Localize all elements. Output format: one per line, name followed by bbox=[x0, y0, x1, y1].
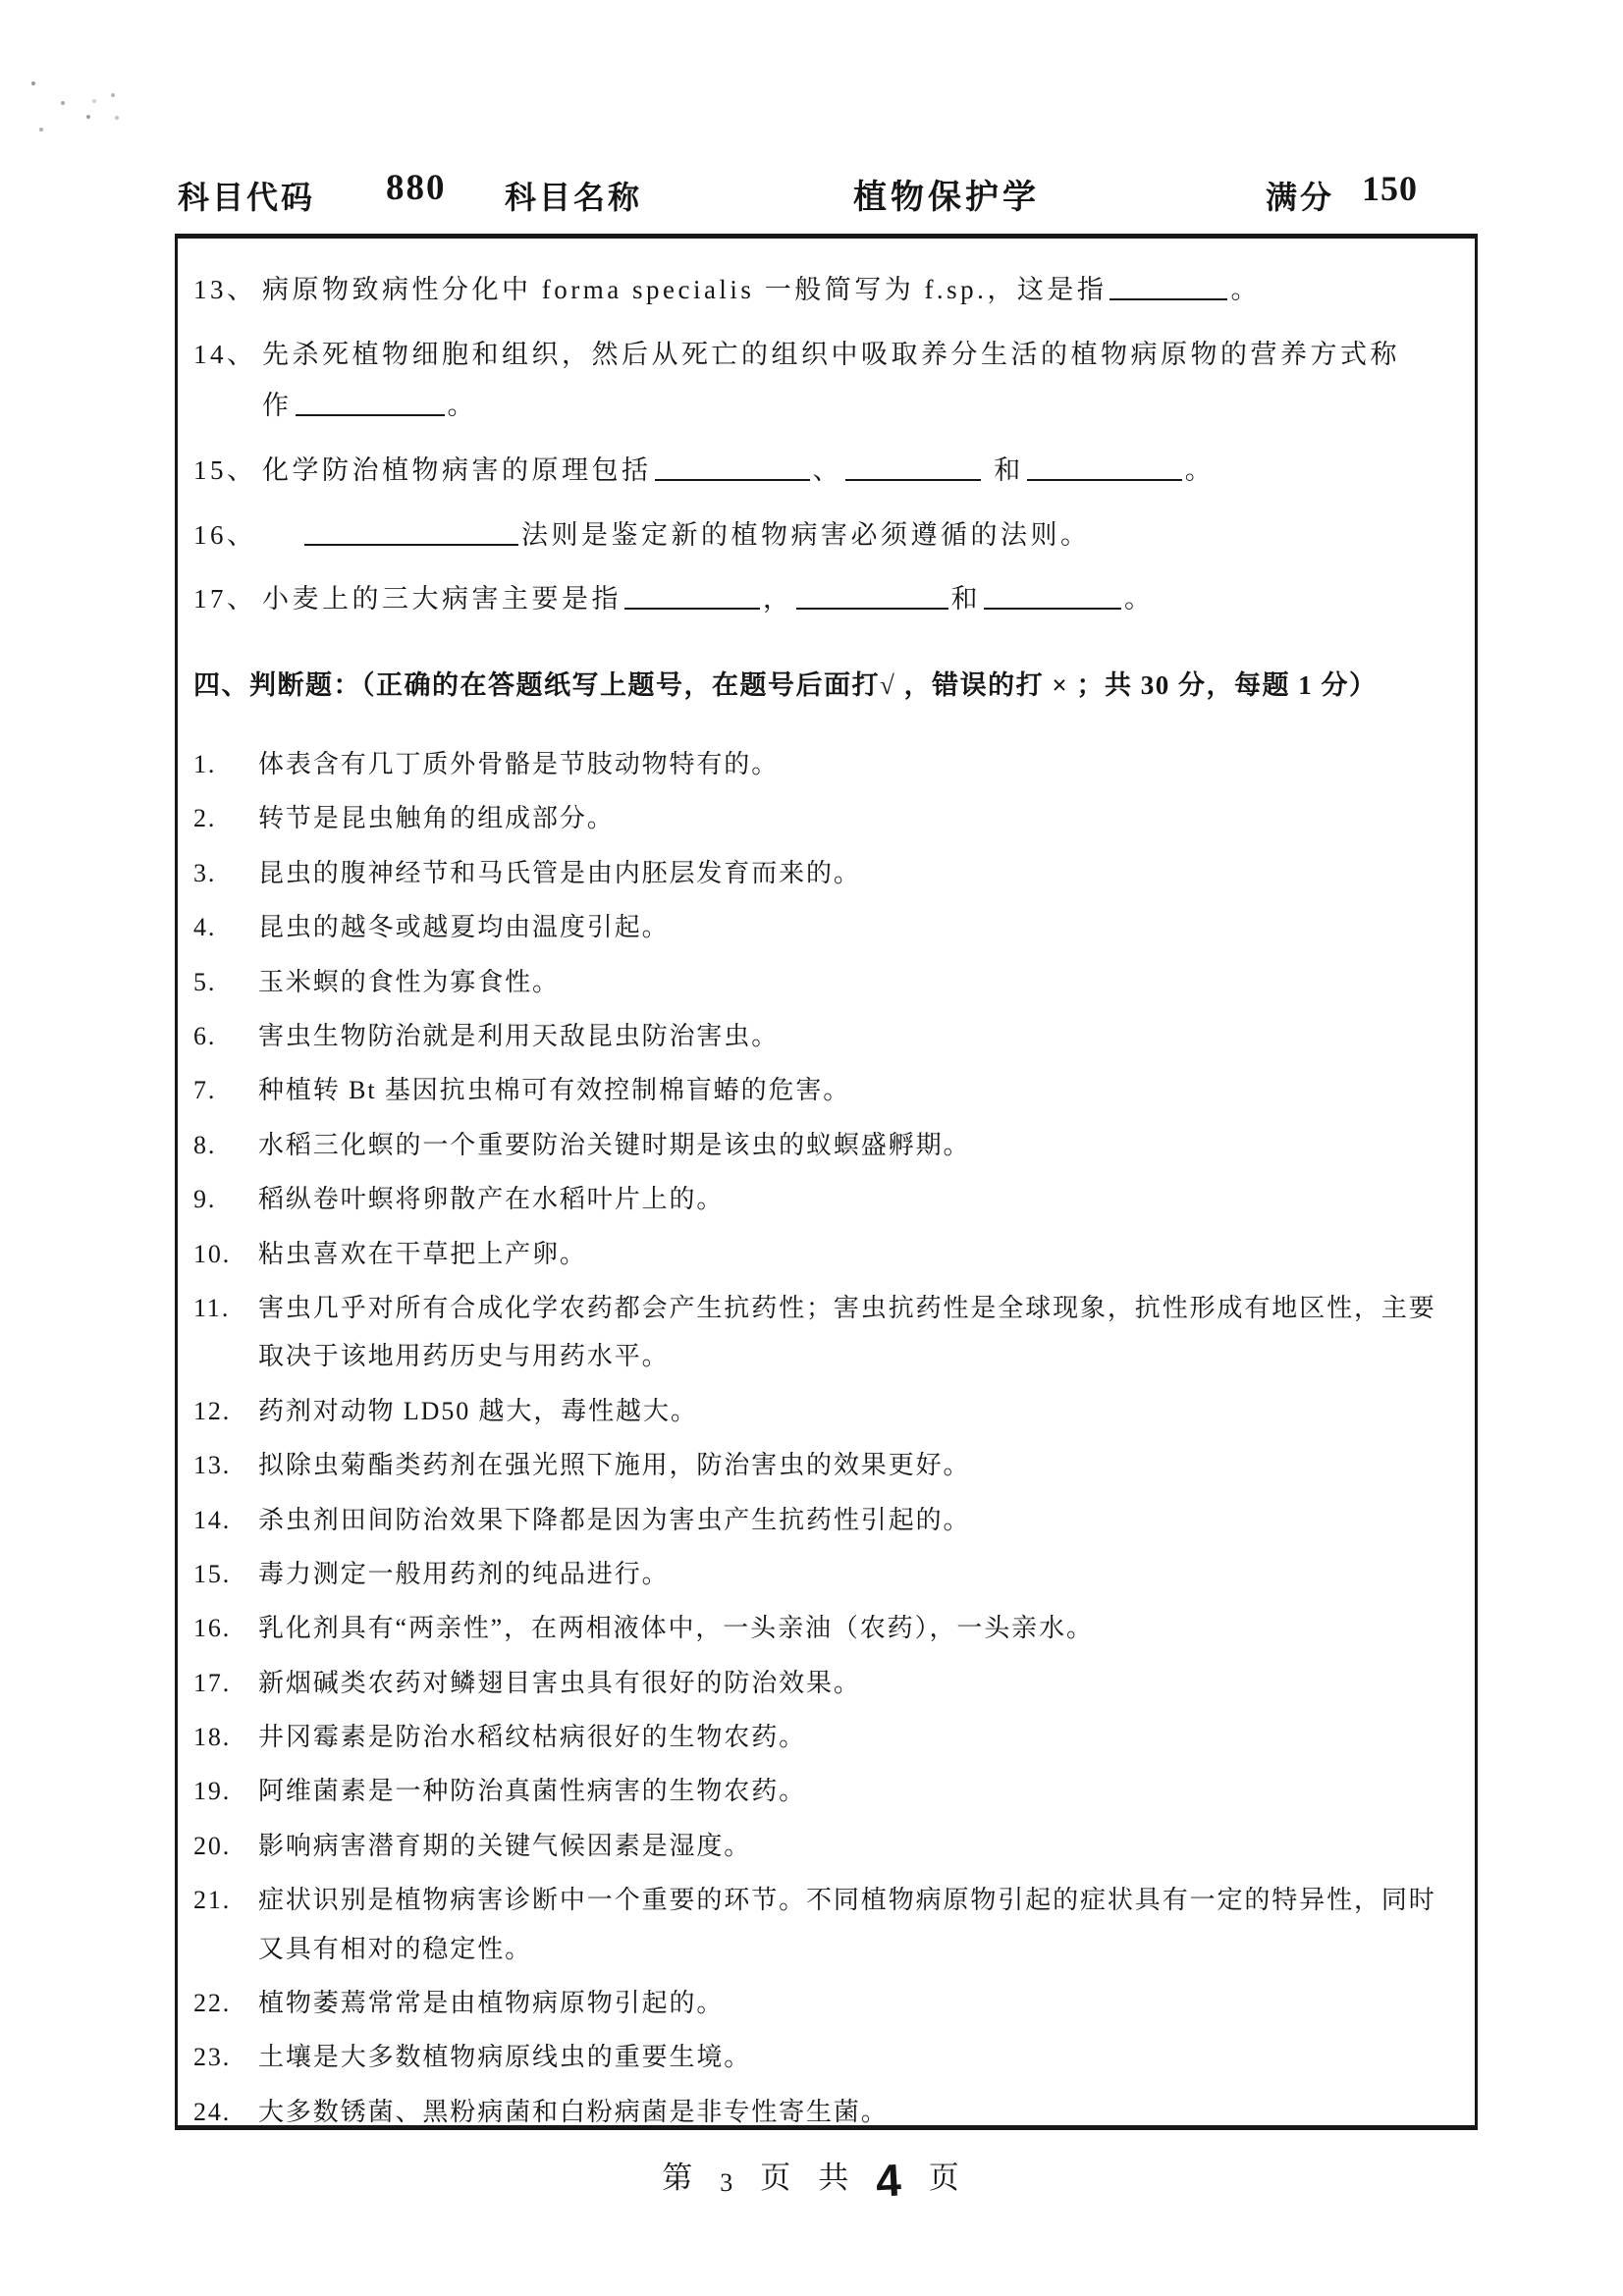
judgment-item: 19.阿维菌素是一种防治真菌性病害的生物农药。 bbox=[193, 1767, 1461, 1815]
item-number: 2. bbox=[193, 794, 258, 842]
question-text: 化学防治植物病害的原理包括、 和。 bbox=[262, 445, 1461, 497]
judgment-item: 20.影响病害潜育期的关键气候因素是湿度。 bbox=[193, 1822, 1461, 1870]
item-number: 18. bbox=[193, 1713, 258, 1761]
section-title-judgment: 四、判断题：（正确的在答题纸写上题号，在题号后面打√ ，错误的打 × ；共 30… bbox=[193, 665, 1461, 707]
judgment-item: 23.土壤是大多数植物病原线虫的重要生境。 bbox=[193, 2033, 1461, 2081]
item-number: 8. bbox=[193, 1121, 258, 1169]
answer-blank bbox=[1109, 272, 1227, 300]
page-number: 3 bbox=[720, 2168, 734, 2198]
item-number: 20. bbox=[193, 1822, 258, 1870]
item-number: 14. bbox=[193, 1496, 258, 1544]
item-text: 药剂对动物 LD50 越大，毒性越大。 bbox=[258, 1387, 1461, 1435]
item-text: 乳化剂具有“两亲性”，在两相液体中，一头亲油（农药），一头亲水。 bbox=[258, 1604, 1461, 1652]
fill-question: 16、法则是鉴定新的植物病害必须遵循的法则。 bbox=[193, 509, 1461, 561]
item-text: 新烟碱类农药对鳞翅目害虫具有很好的防治效果。 bbox=[258, 1659, 1461, 1707]
item-text: 粘虫喜欢在干草把上产卵。 bbox=[258, 1230, 1461, 1278]
page-total-handwritten: 4 bbox=[875, 2153, 904, 2207]
judgment-items: 1.体表含有几丁质外骨骼是节肢动物特有的。2.转节是昆虫触角的组成部分。3.昆虫… bbox=[193, 740, 1461, 2130]
item-number: 13. bbox=[193, 1441, 258, 1489]
item-number: 5. bbox=[193, 958, 258, 1006]
item-text: 症状识别是植物病害诊断中一个重要的环节。不同植物病原物引起的症状具有一定的特异性… bbox=[258, 1876, 1461, 1973]
exam-paper-page: 科目代码 880 科目名称 植物保护学 满分 150 13、病原物致病性分化中 … bbox=[0, 0, 1623, 2296]
item-number: 23. bbox=[193, 2033, 258, 2081]
judgment-item: 2.转节是昆虫触角的组成部分。 bbox=[193, 794, 1461, 842]
item-number: 4. bbox=[193, 903, 258, 951]
judgment-item: 4.昆虫的越冬或越夏均由温度引起。 bbox=[193, 903, 1461, 951]
item-number: 1. bbox=[193, 740, 258, 788]
item-number: 16. bbox=[193, 1604, 258, 1652]
subject-name-value: 植物保护学 bbox=[853, 170, 1040, 218]
subject-code-value: 880 bbox=[386, 167, 447, 209]
answer-blank bbox=[984, 581, 1121, 610]
fill-question: 17、小麦上的三大病害主要是指，和。 bbox=[193, 573, 1461, 625]
item-text: 植物萎蔫常常是由植物病原物引起的。 bbox=[258, 1979, 1461, 2027]
answer-blank bbox=[624, 581, 760, 610]
full-score-label: 满分 bbox=[1266, 173, 1334, 218]
answer-blank bbox=[304, 517, 518, 546]
item-text: 土壤是大多数植物病原线虫的重要生境。 bbox=[258, 2033, 1461, 2081]
judgment-item: 5.玉米螟的食性为寡食性。 bbox=[193, 958, 1461, 1006]
answer-blank bbox=[296, 388, 445, 416]
question-content-box: 13、病原物致病性分化中 forma specialis 一般简写为 f.sp.… bbox=[175, 234, 1478, 2130]
fill-question: 15、化学防治植物病害的原理包括、 和。 bbox=[193, 445, 1461, 497]
judgment-item: 14.杀虫剂田间防治效果下降都是因为害虫产生抗药性引起的。 bbox=[193, 1496, 1461, 1544]
answer-blank bbox=[655, 453, 810, 481]
item-text: 害虫几乎对所有合成化学农药都会产生抗药性；害虫抗药性是全球现象，抗性形成有地区性… bbox=[258, 1284, 1461, 1381]
item-text: 影响病害潜育期的关键气候因素是湿度。 bbox=[258, 1822, 1461, 1870]
question-text: 先杀死植物细胞和组织，然后从死亡的组织中吸取养分生活的植物病原物的营养方式称作。 bbox=[262, 329, 1461, 432]
item-number: 21. bbox=[193, 1876, 258, 1973]
question-text: 法则是鉴定新的植物病害必须遵循的法则。 bbox=[262, 509, 1461, 561]
item-text: 杀虫剂田间防治效果下降都是因为害虫产生抗药性引起的。 bbox=[258, 1496, 1461, 1544]
item-number: 6. bbox=[193, 1012, 258, 1060]
judgment-item: 9.稻纵卷叶螟将卵散产在水稻叶片上的。 bbox=[193, 1175, 1461, 1223]
item-number: 24. bbox=[193, 2088, 258, 2130]
fill-question: 14、先杀死植物细胞和组织，然后从死亡的组织中吸取养分生活的植物病原物的营养方式… bbox=[193, 329, 1461, 432]
fill-questions: 13、病原物致病性分化中 forma specialis 一般简写为 f.sp.… bbox=[193, 264, 1461, 625]
item-number: 19. bbox=[193, 1767, 258, 1815]
item-text: 井冈霉素是防治水稻纹枯病很好的生物农药。 bbox=[258, 1713, 1461, 1761]
judgment-item: 7.种植转 Bt 基因抗虫棉可有效控制棉盲蝽的危害。 bbox=[193, 1066, 1461, 1114]
judgment-item: 16.乳化剂具有“两亲性”，在两相液体中，一头亲油（农药），一头亲水。 bbox=[193, 1604, 1461, 1652]
item-text: 大多数锈菌、黑粉病菌和白粉病菌是非专性寄生菌。 bbox=[258, 2088, 1461, 2130]
item-number: 15. bbox=[193, 1550, 258, 1598]
item-number: 9. bbox=[193, 1175, 258, 1223]
judgment-item: 22.植物萎蔫常常是由植物病原物引起的。 bbox=[193, 1979, 1461, 2027]
judgment-item: 6.害虫生物防治就是利用天敌昆虫防治害虫。 bbox=[193, 1012, 1461, 1060]
item-number: 7. bbox=[193, 1066, 258, 1114]
question-number: 16、 bbox=[193, 509, 262, 561]
footer-mid2: 共 bbox=[818, 2153, 850, 2197]
judgment-item: 12.药剂对动物 LD50 越大，毒性越大。 bbox=[193, 1387, 1461, 1435]
judgment-item: 18.井冈霉素是防治水稻纹枯病很好的生物农药。 bbox=[193, 1713, 1461, 1761]
judgment-item: 8.水稻三化螟的一个重要防治关键时期是该虫的蚁螟盛孵期。 bbox=[193, 1121, 1461, 1169]
answer-blank bbox=[796, 581, 948, 610]
item-text: 昆虫的腹神经节和马氏管是由内胚层发育而来的。 bbox=[258, 849, 1461, 897]
question-number: 13、 bbox=[193, 264, 262, 316]
judgment-item: 3.昆虫的腹神经节和马氏管是由内胚层发育而来的。 bbox=[193, 849, 1461, 897]
footer-suffix: 页 bbox=[929, 2153, 961, 2197]
question-number: 14、 bbox=[193, 329, 262, 432]
fill-question: 13、病原物致病性分化中 forma specialis 一般简写为 f.sp.… bbox=[193, 264, 1461, 316]
footer-prefix: 第 bbox=[662, 2153, 694, 2197]
judgment-item: 13.拟除虫菊酯类药剂在强光照下施用，防治害虫的效果更好。 bbox=[193, 1441, 1461, 1489]
item-number: 17. bbox=[193, 1659, 258, 1707]
question-number: 17、 bbox=[193, 573, 262, 625]
judgment-item: 15.毒力测定一般用药剂的纯品进行。 bbox=[193, 1550, 1461, 1598]
footer-mid1: 页 bbox=[760, 2153, 792, 2197]
item-text: 拟除虫菊酯类药剂在强光照下施用，防治害虫的效果更好。 bbox=[258, 1441, 1461, 1489]
item-number: 11. bbox=[193, 1284, 258, 1381]
answer-blank bbox=[1027, 453, 1182, 481]
item-text: 阿维菌素是一种防治真菌性病害的生物农药。 bbox=[258, 1767, 1461, 1815]
item-text: 稻纵卷叶螟将卵散产在水稻叶片上的。 bbox=[258, 1175, 1461, 1223]
exam-header: 科目代码 880 科目名称 植物保护学 满分 150 bbox=[178, 165, 1480, 220]
subject-code-label: 科目代码 bbox=[178, 173, 315, 218]
item-number: 3. bbox=[193, 849, 258, 897]
item-text: 玉米螟的食性为寡食性。 bbox=[258, 958, 1461, 1006]
judgment-item: 10.粘虫喜欢在干草把上产卵。 bbox=[193, 1230, 1461, 1278]
item-text: 种植转 Bt 基因抗虫棉可有效控制棉盲蝽的危害。 bbox=[258, 1066, 1461, 1114]
item-text: 昆虫的越冬或越夏均由温度引起。 bbox=[258, 903, 1461, 951]
item-number: 22. bbox=[193, 1979, 258, 2027]
judgment-item: 11.害虫几乎对所有合成化学农药都会产生抗药性；害虫抗药性是全球现象，抗性形成有… bbox=[193, 1284, 1461, 1381]
spacer bbox=[262, 543, 301, 544]
judgment-item: 17.新烟碱类农药对鳞翅目害虫具有很好的防治效果。 bbox=[193, 1659, 1461, 1707]
item-text: 毒力测定一般用药剂的纯品进行。 bbox=[258, 1550, 1461, 1598]
judgment-item: 1.体表含有几丁质外骨骼是节肢动物特有的。 bbox=[193, 740, 1461, 788]
question-number: 15、 bbox=[193, 445, 262, 497]
subject-name-label: 科目名称 bbox=[505, 173, 642, 218]
item-text: 转节是昆虫触角的组成部分。 bbox=[258, 794, 1461, 842]
judgment-item: 24.大多数锈菌、黑粉病菌和白粉病菌是非专性寄生菌。 bbox=[193, 2088, 1461, 2130]
question-text: 小麦上的三大病害主要是指，和。 bbox=[262, 573, 1461, 625]
item-text: 水稻三化螟的一个重要防治关键时期是该虫的蚁螟盛孵期。 bbox=[258, 1121, 1461, 1169]
item-number: 10. bbox=[193, 1230, 258, 1278]
full-score-value: 150 bbox=[1362, 168, 1418, 209]
judgment-item: 21.症状识别是植物病害诊断中一个重要的环节。不同植物病原物引起的症状具有一定的… bbox=[193, 1876, 1461, 1973]
answer-blank bbox=[845, 453, 981, 481]
item-text: 体表含有几丁质外骨骼是节肢动物特有的。 bbox=[258, 740, 1461, 788]
item-number: 12. bbox=[193, 1387, 258, 1435]
question-text: 病原物致病性分化中 forma specialis 一般简写为 f.sp.，这是… bbox=[262, 264, 1461, 316]
item-text: 害虫生物防治就是利用天敌昆虫防治害虫。 bbox=[258, 1012, 1461, 1060]
page-footer: 第 3 页 共 4 页 bbox=[0, 2146, 1623, 2199]
scan-noise-marks bbox=[31, 81, 35, 85]
